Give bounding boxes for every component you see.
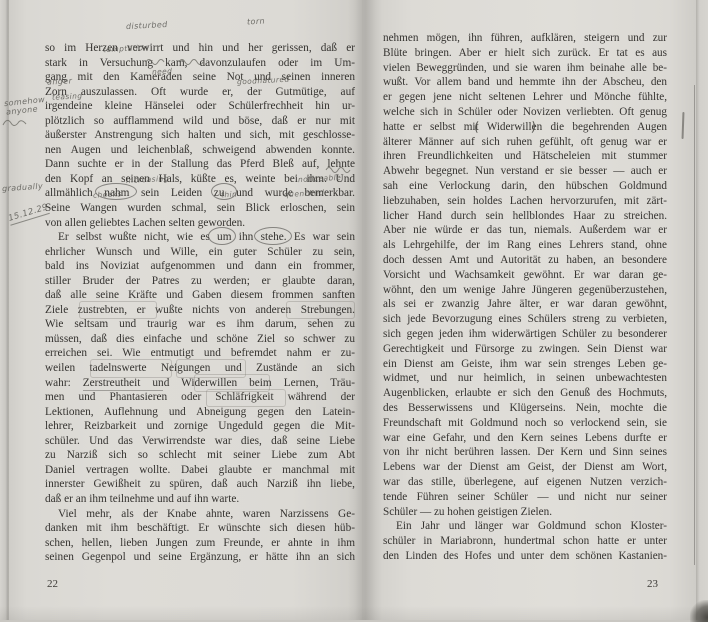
pencil-circle-um (208, 227, 236, 245)
text-line: stiller Bruder der Patres zu werden; er … (45, 274, 355, 289)
text-line: wußt. Vor allem band und hemmte ihn der … (383, 75, 667, 90)
text-line: bald ins Noviziat aufgenommen und dann e… (45, 259, 355, 274)
text-line: wöhnt, den um wenige Jahre Jüngeren gege… (383, 283, 667, 298)
text-line: Aber nie würde er das tun, niemals. Auße… (383, 223, 667, 238)
text-line: welche sich in Schüler oder Novizen verl… (383, 105, 667, 120)
pencil-squiggle-und (325, 164, 353, 173)
text-line: seinen Gegenpol und seine Ergänzung, er … (45, 550, 355, 565)
annotation-torn: torn (247, 17, 265, 27)
pencil-box-zustrebten (79, 301, 157, 319)
text-line: daß er an ihm teilnehme und auf ihn wart… (45, 492, 355, 507)
pencil-underline-zerstreutheit (83, 375, 163, 391)
text-line: innerster Gewißheit zu spüren, daß auch … (45, 477, 355, 492)
pencil-paren-close: ) (530, 120, 536, 135)
pencil-circle-nahm (95, 183, 137, 200)
pencil-box-strebungen (286, 301, 355, 319)
annotation-anger: anger (47, 76, 73, 86)
text-line: schüler in Mariabronn, hundertmal schon … (383, 534, 667, 549)
text-line: Wie seltsam und traurig war es ihm darum… (45, 317, 355, 332)
text-line: schüler. Und das Verwirrendste war dies,… (45, 434, 355, 449)
text-line: nehmen mögen, ihn führen, aufklären, ste… (383, 31, 667, 46)
text-line: so im Herzen verwirrt und hin und her ge… (45, 41, 355, 56)
text-line: von ihr nicht berühren lassen. Der Kern … (383, 445, 667, 460)
text-line: Viel mehr, als der Knabe ahnte, waren Na… (45, 507, 355, 522)
text-line: Blüte bringen. Aber er hielt sich zurück… (383, 46, 667, 61)
text-line: sah eine Verlockung darin, den hübschen … (383, 179, 667, 194)
text-line: irgendeine kleine Hänselei oder Schülerf… (45, 99, 355, 114)
text-line: widmet, und nur heimlich, in seinen unbe… (383, 371, 667, 386)
text-line: nen Augen und leichenblaß, schweigend ab… (45, 143, 355, 158)
text-line: men und Phantasieren oder Schläfrigkeit … (45, 390, 355, 405)
text-line: Lektionen, Auflehnung und Abneigung gege… (45, 405, 355, 420)
text-line: lehrer, Reizbarkeit und zornige Ungeduld… (45, 419, 355, 434)
pencil-squiggle-davonzulaufen (145, 56, 215, 66)
book-fore-edge (696, 0, 708, 620)
text-line: Seine Wangen wurden schmal, sein Blick e… (45, 201, 355, 216)
right-page-text: nehmen mögen, ihn führen, aufklären, ste… (383, 31, 667, 564)
book-spine-edge (0, 0, 9, 620)
pencil-circle-zu (211, 183, 237, 200)
text-line: Abwehr begegnet. Nun verstand er sie bes… (383, 164, 667, 179)
pencil-paren-open: ( (473, 120, 479, 135)
text-line: sich gegen jeden ihm widerwärtigen Schül… (383, 327, 667, 342)
text-line: den Linden des Hofes und unter dem schön… (383, 549, 667, 564)
text-line: danken mit ihm beschäftigt. Er wünschte … (45, 521, 355, 536)
annotation-need: need (152, 66, 173, 76)
text-line: er gegen jene nicht seltenen Lehrer und … (383, 90, 667, 105)
text-line: liebzuhaben, sein holdes Lachen hervorzu… (383, 194, 667, 209)
text-line: Schüler — zu hohen geistigen Zielen. (383, 505, 667, 520)
text-line: plötzlich so aufflammend wild und böse, … (45, 114, 355, 129)
text-line: Daniel vertragen wollte. Dabei glaubte e… (45, 463, 355, 478)
text-line: als sei er zwanzig Jahre älter, er war d… (383, 297, 667, 312)
text-line: war eine Gefahr, und den Kern seines Leb… (383, 431, 667, 446)
pencil-box-schlaefrigkeit (206, 389, 286, 407)
page-edge-line (694, 85, 695, 565)
text-line: sich jede Bevorzugung eines Schülers str… (383, 312, 667, 327)
pencil-circle-stehe (254, 227, 292, 245)
text-line: Vorsicht und Wachsamkeit gewöhnt. Er war… (383, 268, 667, 283)
text-line: Zorn auszulassen. Oft wurde er, der Gutm… (45, 85, 355, 100)
text-line: Ein Jahr und länger war Goldmund schon K… (383, 519, 667, 534)
text-line: Lebens war der Dienst am Geist, der Dien… (383, 460, 667, 475)
text-line: schen, hellen, lieben Jungen zum Freunde… (45, 536, 355, 551)
text-line: vielen Beweggründen, und sie waren ihm b… (383, 61, 667, 76)
text-line: Augenblicken, erlaubte er sich den Genuß… (383, 386, 667, 401)
text-line: ihren Freundlichkeiten und Hätscheleien … (383, 149, 667, 164)
text-line: Gerechtigkeit und Fürsorge zu zwingen. S… (383, 342, 667, 357)
corner-dark-mark (690, 600, 708, 620)
text-line: tende Führen seiner Schüler — und nicht … (383, 490, 667, 505)
text-line: licher Hand durch sein hellblondes Haar … (383, 209, 667, 224)
text-line: als Lehrgehilfe, der im Rang eines Lehre… (383, 238, 667, 253)
text-line: gang mit den Kameraden seine Not und sei… (45, 70, 355, 85)
text-line: des Besserwissens und Klügerseins. Nein,… (383, 401, 667, 416)
text-line: Dann suchte er in der Stallung das Pferd… (45, 157, 355, 172)
page-number-right: 23 (647, 578, 658, 590)
text-line: war das stille, überlegene, auf eigenen … (383, 475, 667, 490)
text-line: äußerster Anstrengung sich halten und si… (45, 128, 355, 143)
bottom-shadow (0, 606, 708, 620)
page-number-left: 22 (47, 578, 58, 590)
text-line: Er selbst wußte nicht, wie es um ihn ste… (45, 230, 355, 245)
text-line: doch dessen Amt und Autorität zu haben, … (383, 253, 667, 268)
text-line: Freundschaft mit Goldmund noch so verloc… (383, 416, 667, 431)
book-spread-scan: so im Herzen verwirrt und hin und her ge… (0, 0, 708, 620)
text-line: älterer Männer auf sich ruhen gefühlt, o… (383, 135, 667, 150)
text-line: zu Narziß sich so schlecht mit seiner Li… (45, 448, 355, 463)
text-line: hatte er selbst mit Widerwillen die bege… (383, 120, 667, 135)
pencil-squiggle-margin (2, 116, 28, 130)
text-line: ehrlicher Wunsch und Wille, ein guter Sc… (45, 245, 355, 260)
annotation-teasing: teasing (52, 91, 83, 102)
text-line: müssen, daß dies einfache und schöne Zie… (45, 332, 355, 347)
text-line: von allen geliebtes Lachen selten geword… (45, 216, 355, 231)
text-line: ein Dienst am Geiste, ihm war sein stren… (383, 357, 667, 372)
